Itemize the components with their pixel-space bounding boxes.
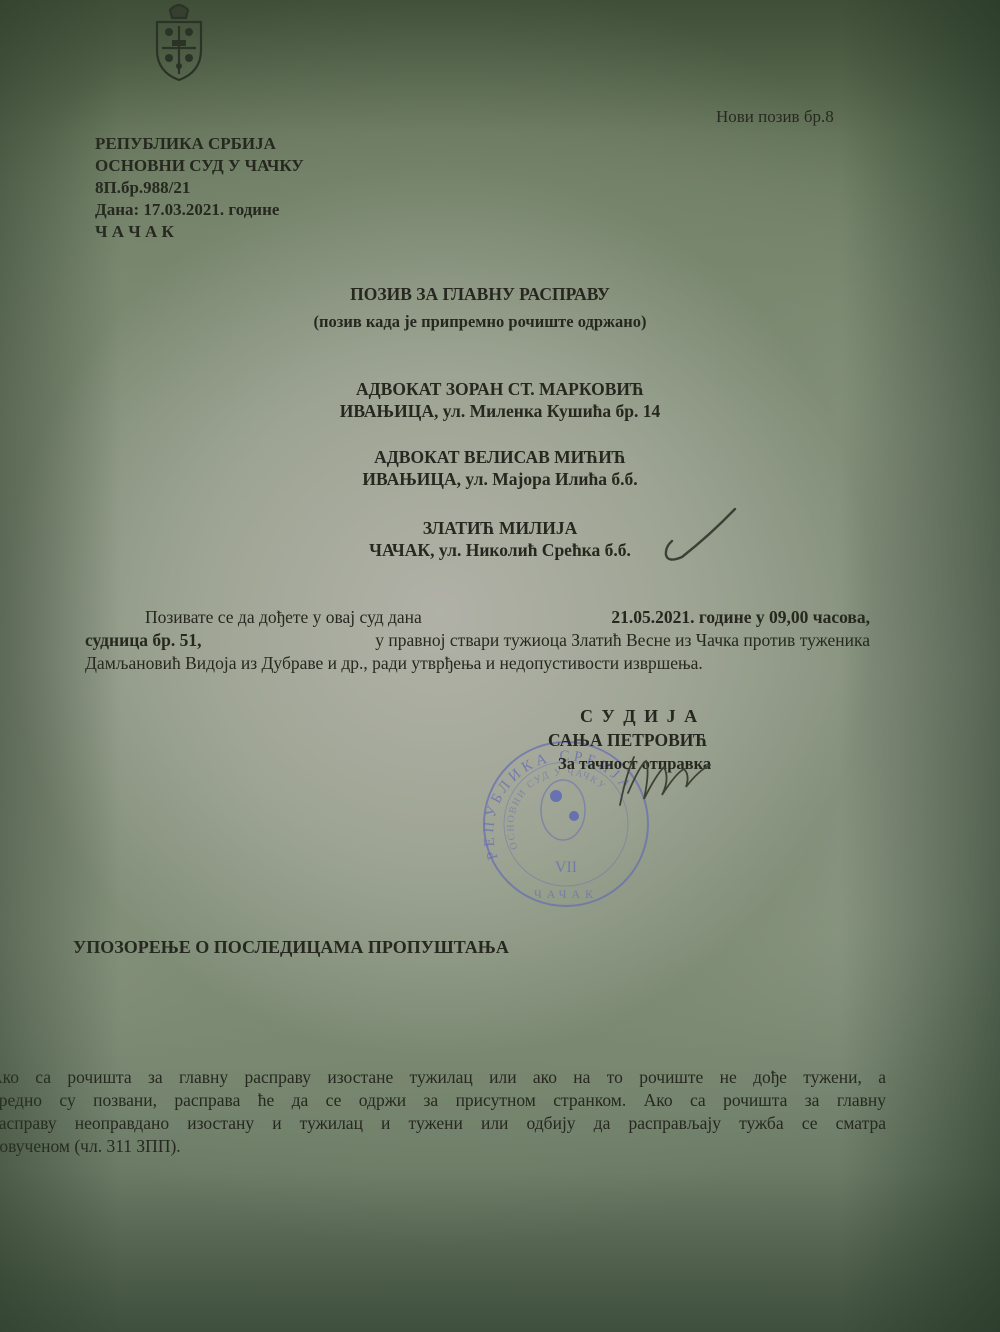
warning-paragraph: Ако са рочишта за главну расправу изоста… <box>0 1066 886 1158</box>
recipient-name: АДВОКАТ ЗОРАН СТ. МАРКОВИЋ <box>230 379 770 400</box>
warning-heading: УПОЗОРЕЊЕ О ПОСЛЕДИЦАМА ПРОПУШТАЊА <box>73 937 509 958</box>
document-subtitle: (позив када је припремно рочиште одржано… <box>220 312 740 332</box>
header-date: Дана: 17.03.2021. године <box>95 199 279 221</box>
courtroom-number: судница бр. 51, <box>85 629 202 652</box>
new-summons-number: Нови позив бр.8 <box>716 107 834 127</box>
recipient-name: АДВОКАТ ВЕЛИСАВ МИЋИЋ <box>230 447 770 468</box>
warning-line: уредно су позвани, расправа ће да се одр… <box>0 1089 886 1112</box>
header-city: Ч А Ч А К <box>95 221 174 243</box>
recipient-address: ИВАЊИЦА, ул. Миленка Кушића бр. 14 <box>230 401 770 422</box>
checkmark-icon <box>660 505 740 565</box>
stamp-numeral: VII <box>555 859 577 876</box>
body-line3-text: Дамљановић Видоја из Дубраве и др., ради… <box>85 653 703 673</box>
warning-line: повученом (чл. 311 ЗПП). <box>0 1135 886 1158</box>
judge-role: С У Д И Ј А <box>580 706 699 727</box>
serbian-coat-of-arms-icon <box>152 2 206 82</box>
body-line1-text: Позивате се да дођете у овај суд дана <box>145 606 422 629</box>
body-paragraph: Позивате се да дођете у овај суд дана 21… <box>85 606 870 675</box>
document-title: ПОЗИВ ЗА ГЛАВНУ РАСПРАВУ <box>220 284 740 305</box>
hearing-datetime: 21.05.2021. године у 09,00 часова, <box>611 606 870 629</box>
body-line2-text: у правној ствари тужиоца Златић Весне из… <box>375 629 870 652</box>
recipient-address: ИВАЊИЦА, ул. Мајора Илића б.б. <box>230 469 770 490</box>
stamp-bottom-text: ЧАЧАК <box>534 887 598 901</box>
header-case-number: 8П.бр.988/21 <box>95 177 190 199</box>
header-court: ОСНОВНИ СУД У ЧАЧКУ <box>95 155 304 177</box>
warning-line: расправу неоправдано изостану и тужилац … <box>0 1112 886 1135</box>
warning-line: Ако са рочишта за главну расправу изоста… <box>0 1066 886 1089</box>
handwritten-signature <box>600 745 720 815</box>
header-country: РЕПУБЛИКА СРБИЈА <box>95 133 276 155</box>
